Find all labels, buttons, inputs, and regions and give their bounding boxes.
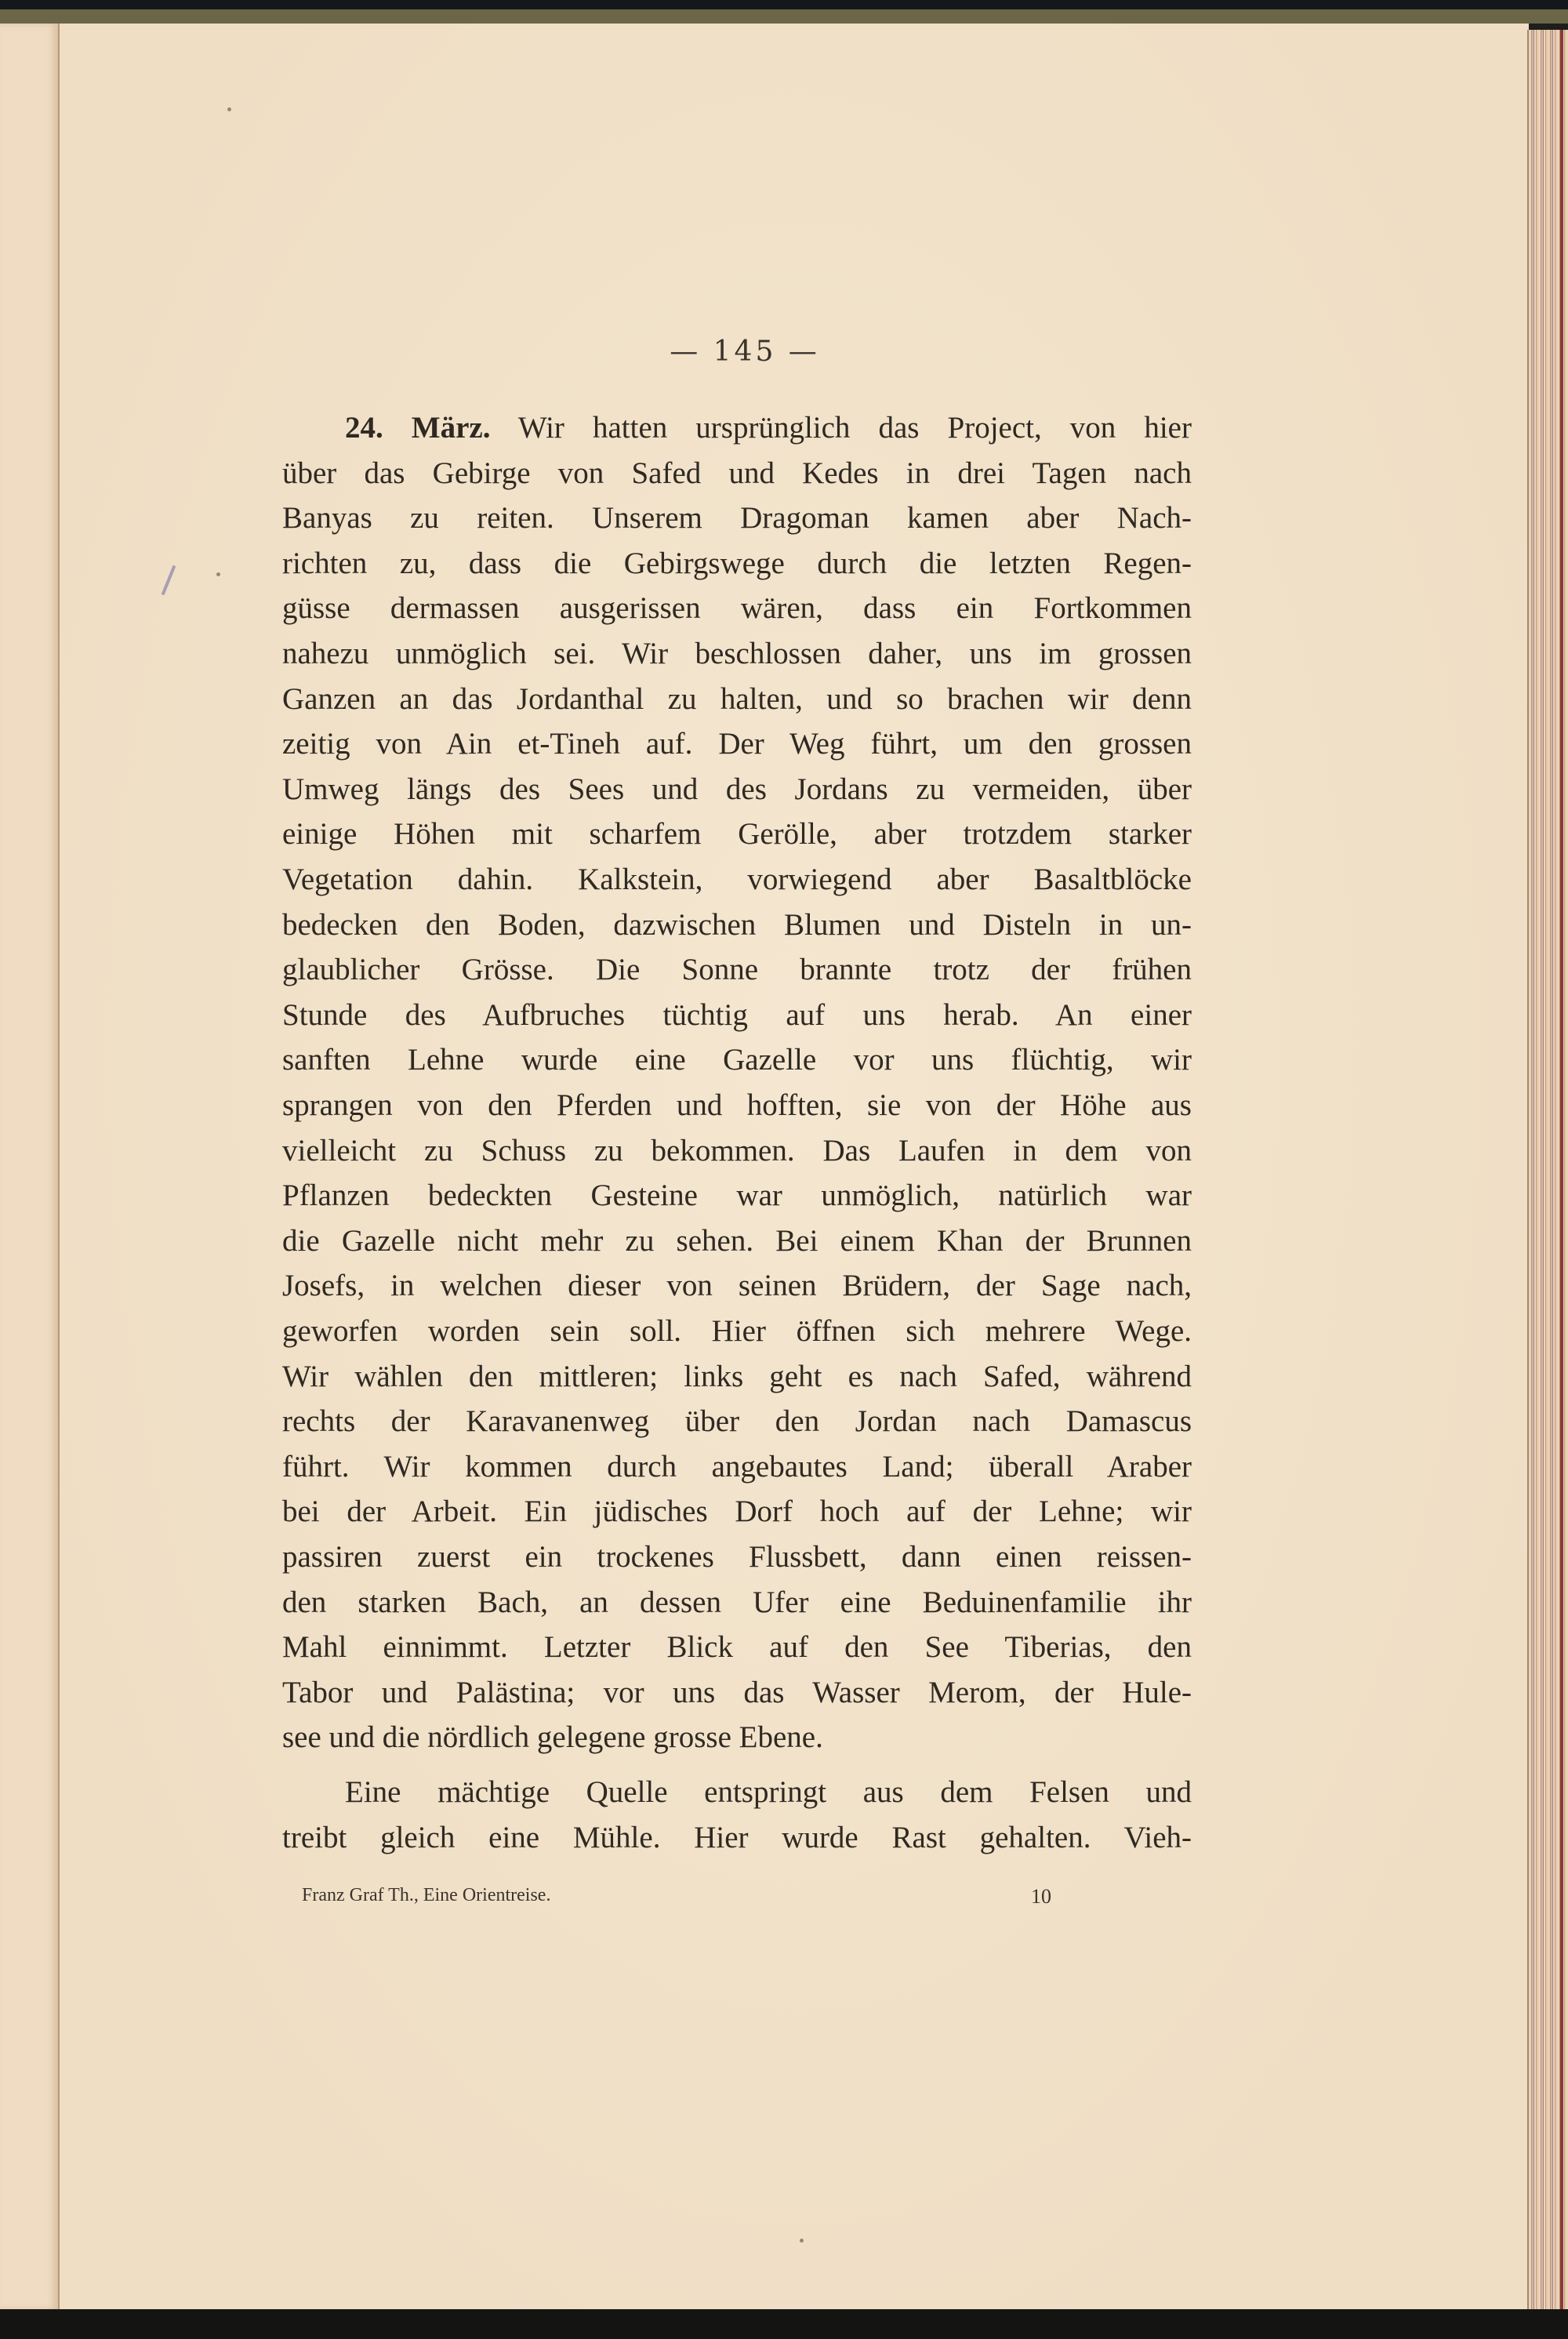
line-text: Tabor und Palästina; vor uns das Wasser … xyxy=(282,1676,1192,1709)
text-line: nahezu unmöglich sei. Wir beschlossen da… xyxy=(282,632,1192,676)
line-text: Umweg längs des Sees und des Jordans zu … xyxy=(282,772,1192,806)
text-line: einige Höhen mit scharfem Gerölle, aber … xyxy=(282,812,1192,856)
text-line: sanften Lehne wurde eine Gazelle vor uns… xyxy=(282,1038,1192,1082)
line-text: richten zu, dass die Gebirgswege durch d… xyxy=(282,547,1192,580)
line-text: bei der Arbeit. Ein jüdisches Dorf hoch … xyxy=(282,1495,1192,1528)
line-text: über das Gebirge von Safed und Kedes in … xyxy=(282,456,1192,490)
text-line: geworfen worden sein soll. Hier öffnen s… xyxy=(282,1309,1192,1353)
text-line: Banyas zu reiten. Unserem Dragoman kamen… xyxy=(282,496,1192,540)
line-text: Ganzen an das Jordanthal zu halten, und … xyxy=(282,682,1192,716)
line-text: die Gazelle nicht mehr zu sehen. Bei ein… xyxy=(282,1224,1192,1258)
line-text: Banyas zu reiten. Unserem Dragoman kamen… xyxy=(282,501,1192,535)
text-line: Mahl einnimmt. Letzter Blick auf den See… xyxy=(282,1625,1192,1669)
line-text: Stunde des Aufbruches tüchtig auf uns he… xyxy=(282,998,1192,1032)
text-line: Stunde des Aufbruches tüchtig auf uns he… xyxy=(282,993,1192,1037)
line-text: vielleicht zu Schuss zu bekommen. Das La… xyxy=(282,1134,1192,1168)
text-line: richten zu, dass die Gebirgswege durch d… xyxy=(282,542,1192,586)
line-text: nahezu unmöglich sei. Wir beschlossen da… xyxy=(282,637,1192,670)
date-heading: 24. März. xyxy=(345,411,490,445)
facing-page-edge xyxy=(0,24,60,2309)
line-text: Josefs, in welchen dieser von seinen Brü… xyxy=(282,1269,1192,1302)
text-line: rechts der Karavanenweg über den Jordan … xyxy=(282,1400,1192,1444)
line-text: bedecken den Boden, dazwischen Blumen un… xyxy=(282,908,1192,942)
line-text: Eine mächtige Quelle entspringt aus dem … xyxy=(345,1775,1192,1809)
line-text: Pflanzen bedeckten Gesteine war unmöglic… xyxy=(282,1179,1192,1212)
running-head-page-number: — 145 — xyxy=(643,336,847,368)
text-line: Eine mächtige Quelle entspringt aus dem … xyxy=(345,1771,1192,1814)
text-line: Vegetation dahin. Kalkstein, vorwiegend … xyxy=(282,858,1192,902)
line-text: zeitig von Ain et-Tineh auf. Der Weg füh… xyxy=(282,727,1192,761)
line-text: den starken Bach, an dessen Ufer eine Be… xyxy=(282,1585,1192,1619)
line-text: see und die nördlich gelegene grosse Ebe… xyxy=(282,1720,823,1754)
line-text: rechts der Karavanenweg über den Jordan … xyxy=(282,1404,1192,1438)
line-text: glaublicher Grösse. Die Sonne brannte tr… xyxy=(282,953,1192,986)
book-cover-top-edge xyxy=(0,0,1568,24)
text-line: bei der Arbeit. Ein jüdisches Dorf hoch … xyxy=(282,1490,1192,1534)
text-line: Wir wählen den mittleren; links geht es … xyxy=(282,1355,1192,1399)
line-text: führt. Wir kommen durch angebautes Land;… xyxy=(282,1450,1192,1484)
line-text: sprangen von den Pferden und hofften, si… xyxy=(282,1088,1192,1122)
signature-mark: 10 xyxy=(1031,1885,1051,1909)
text-line: glaublicher Grösse. Die Sonne brannte tr… xyxy=(282,948,1192,992)
paper-speck xyxy=(227,107,231,111)
text-line: güsse dermassen ausgerissen wären, dass … xyxy=(282,587,1192,630)
text-line: Josefs, in welchen dieser von seinen Brü… xyxy=(282,1264,1192,1308)
text-line: vielleicht zu Schuss zu bekommen. Das La… xyxy=(282,1129,1192,1173)
text-line: zeitig von Ain et-Tineh auf. Der Weg füh… xyxy=(282,722,1192,766)
text-line: führt. Wir kommen durch angebautes Land;… xyxy=(282,1445,1192,1489)
text-line: passiren zuerst ein trockenes Flussbett,… xyxy=(282,1535,1192,1579)
text-line: bedecken den Boden, dazwischen Blumen un… xyxy=(282,903,1192,947)
text-line: die Gazelle nicht mehr zu sehen. Bei ein… xyxy=(282,1219,1192,1263)
text-line: treibt gleich eine Mühle. Hier wurde Ras… xyxy=(282,1816,1192,1860)
text-line: Ganzen an das Jordanthal zu halten, und … xyxy=(282,677,1192,721)
line-text: Vegetation dahin. Kalkstein, vorwiegend … xyxy=(282,863,1192,896)
text-line: Pflanzen bedeckten Gesteine war unmöglic… xyxy=(282,1174,1192,1218)
text-line: see und die nördlich gelegene grosse Ebe… xyxy=(282,1716,1192,1760)
line-text: treibt gleich eine Mühle. Hier wurde Ras… xyxy=(282,1821,1192,1854)
text-line: über das Gebirge von Safed und Kedes in … xyxy=(282,452,1192,496)
text-line: 24. März. Wir hatten ursprünglich das Pr… xyxy=(345,406,1192,450)
line-text: sanften Lehne wurde eine Gazelle vor uns… xyxy=(282,1043,1192,1077)
paper-speck xyxy=(800,2239,804,2243)
text-line: Tabor und Palästina; vor uns das Wasser … xyxy=(282,1671,1192,1715)
line-text: Wir hatten ursprünglich das Project, von… xyxy=(490,411,1192,445)
line-text: passiren zuerst ein trockenes Flussbett,… xyxy=(282,1540,1192,1574)
book-cover-bottom-edge xyxy=(0,2309,1568,2339)
line-text: einige Höhen mit scharfem Gerölle, aber … xyxy=(282,817,1192,851)
line-text: geworfen worden sein soll. Hier öffnen s… xyxy=(282,1314,1192,1348)
red-page-edge xyxy=(1560,30,1563,2309)
line-text: güsse dermassen ausgerissen wären, dass … xyxy=(282,591,1192,625)
signature-line: Franz Graf Th., Eine Orientreise. xyxy=(302,1885,550,1906)
text-line: den starken Bach, an dessen Ufer eine Be… xyxy=(282,1581,1192,1625)
line-text: Mahl einnimmt. Letzter Blick auf den See… xyxy=(282,1630,1192,1664)
line-text: Wir wählen den mittleren; links geht es … xyxy=(282,1360,1192,1393)
text-line: Umweg längs des Sees und des Jordans zu … xyxy=(282,768,1192,812)
paper-speck xyxy=(216,572,220,576)
text-line: sprangen von den Pferden und hofften, si… xyxy=(282,1084,1192,1128)
